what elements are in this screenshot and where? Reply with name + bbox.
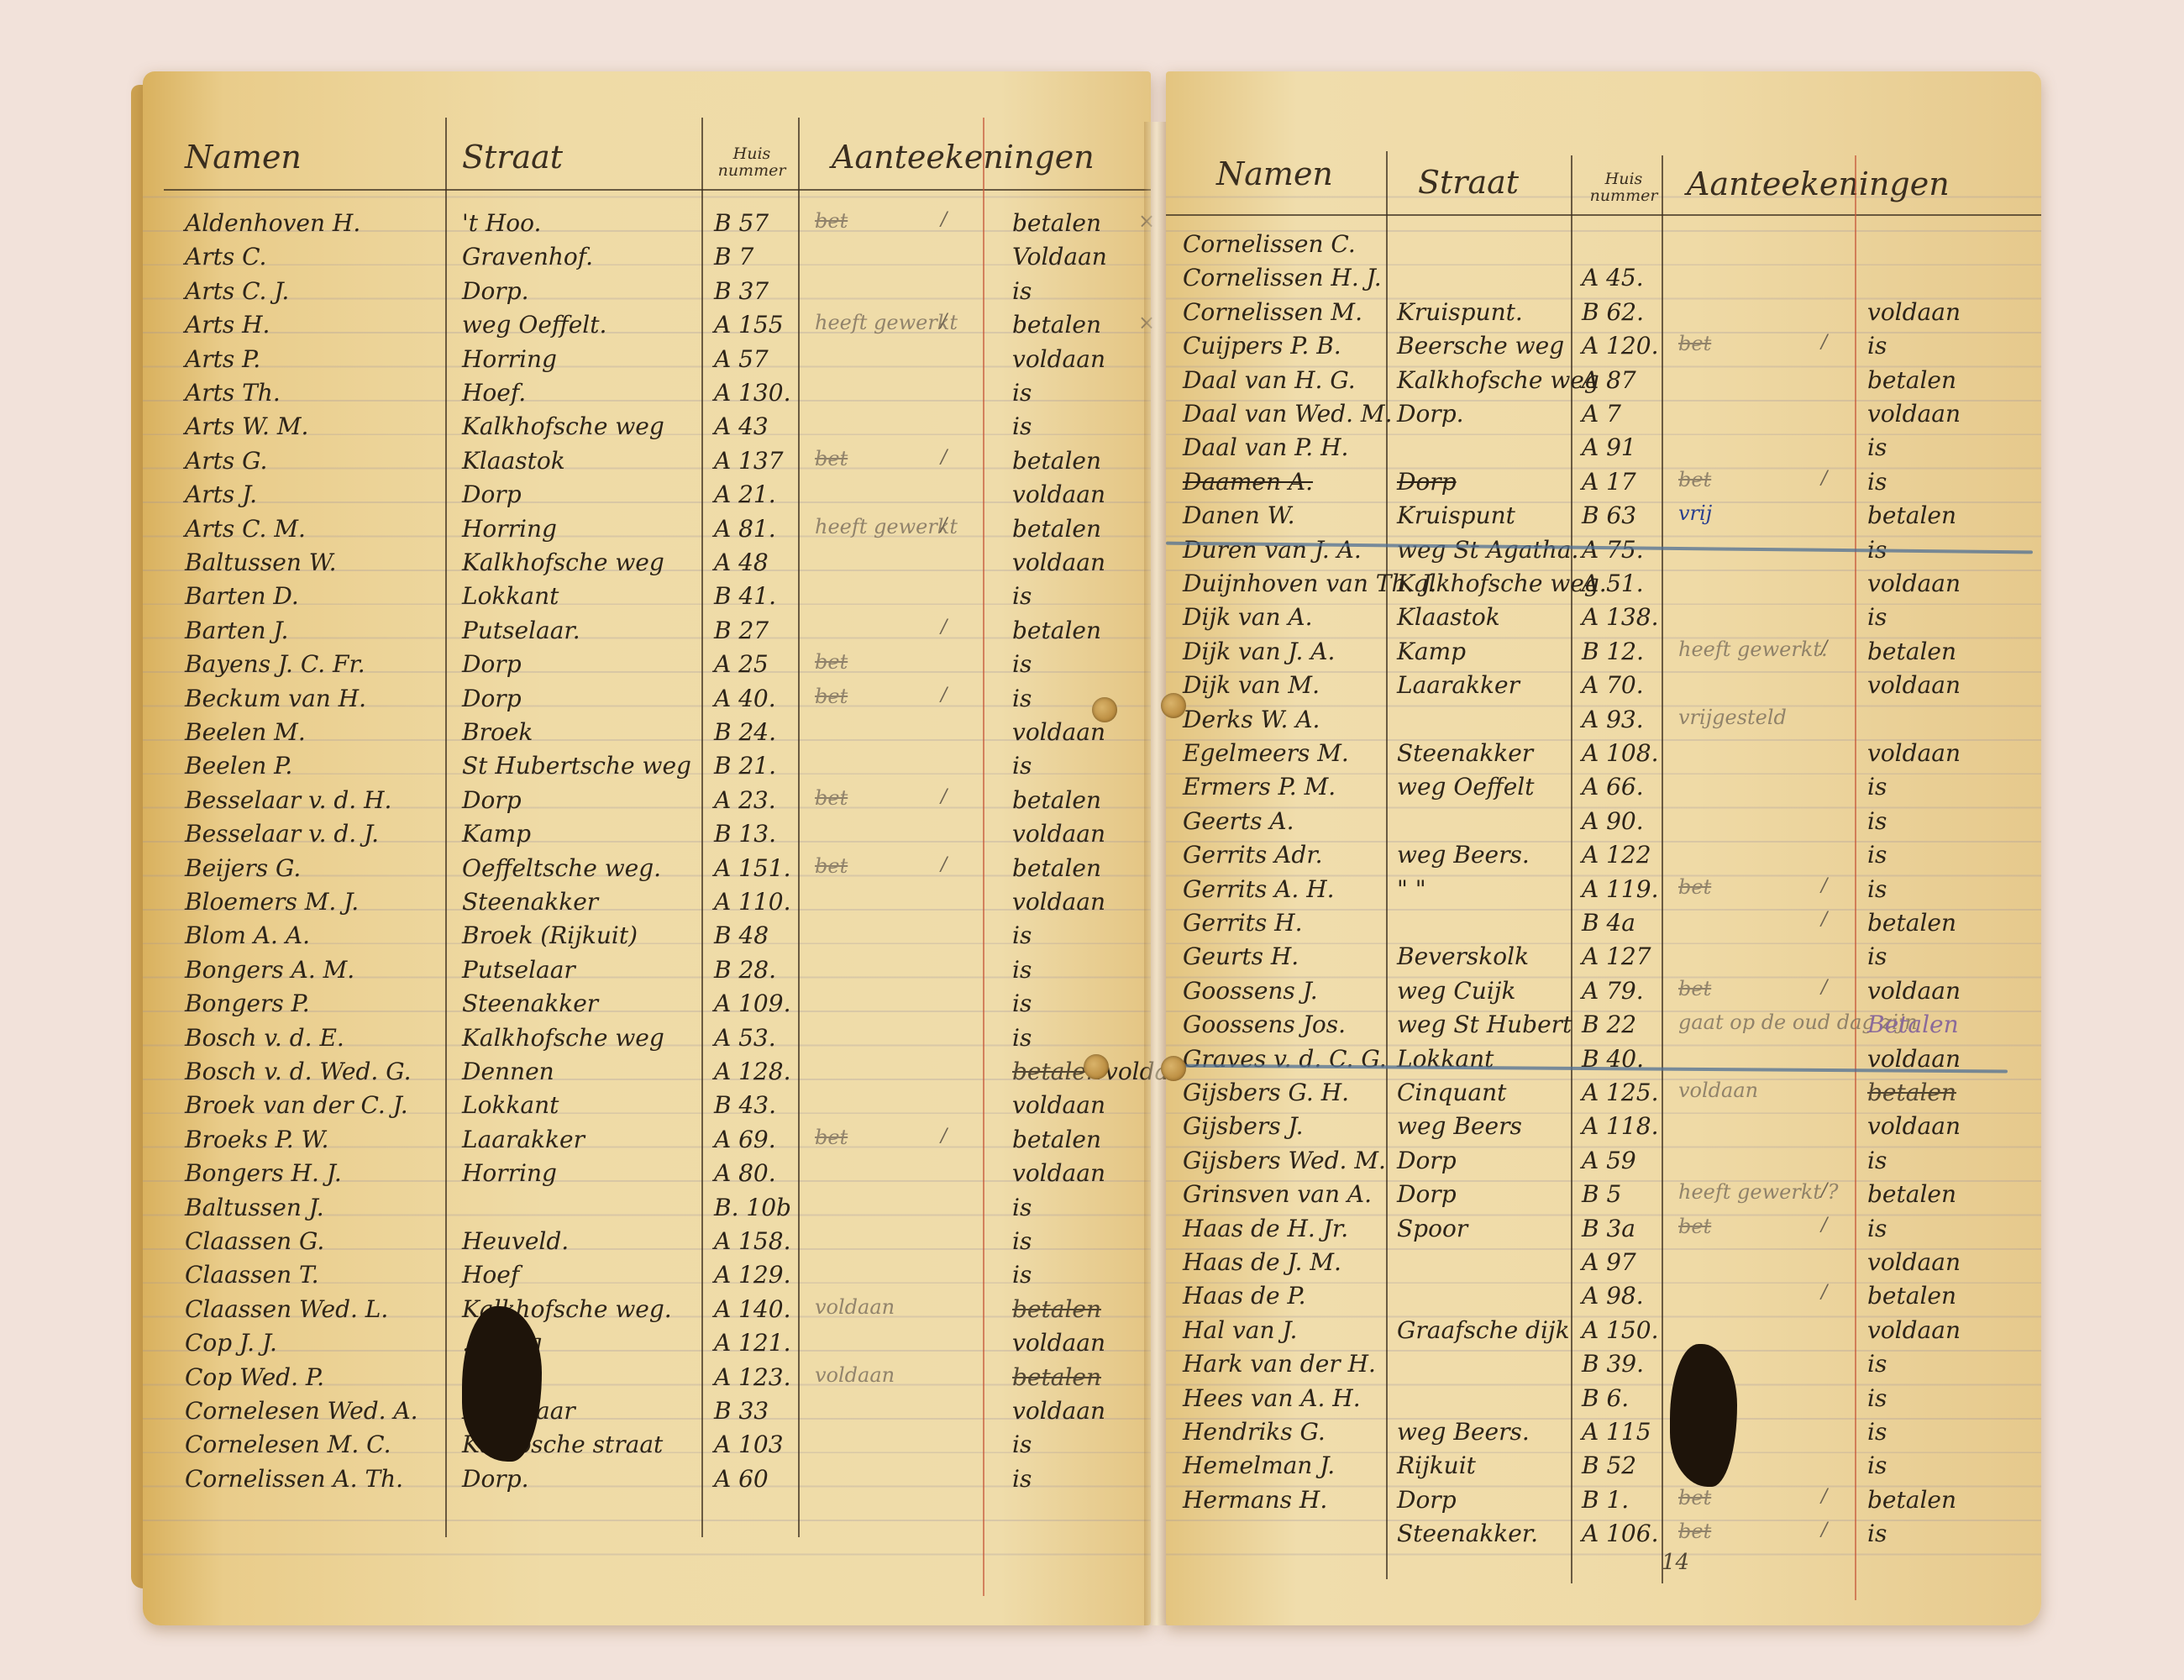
ledger-row: Daal van P. H.A 91is	[1166, 430, 2041, 464]
row-name: Arts W. M.	[185, 412, 308, 440]
row-note: bet	[815, 650, 848, 674]
header-straat: Straat	[1418, 164, 1519, 201]
row-house-number: A 110.	[714, 888, 790, 916]
ledger-row: Claassen T.HoefA 129.is	[143, 1257, 1151, 1291]
row-status: Betalen	[1867, 1011, 1959, 1038]
row-name: Cornelesen Wed. A.	[185, 1397, 418, 1425]
row-house-number: A 115	[1582, 1418, 1651, 1446]
row-note: bet	[815, 854, 848, 878]
row-street: Dorp.	[462, 1465, 529, 1493]
row-street: Rijkuit	[1397, 1452, 1476, 1479]
punch-hole	[1084, 1054, 1109, 1079]
row-status: betalen	[1867, 638, 1956, 665]
row-status: betalen	[1012, 311, 1101, 339]
row-note: bet	[1678, 1486, 1711, 1509]
row-street: weg Beers.	[1397, 841, 1530, 869]
row-status: is	[1012, 990, 1032, 1017]
row-name: Arts J.	[185, 480, 257, 508]
row-status: voldaan	[1867, 298, 1961, 326]
row-status: voldaan	[1867, 1248, 1961, 1276]
row-name: Dijk van A.	[1183, 603, 1313, 631]
row-note: bet	[1678, 1215, 1711, 1238]
row-house-number: A 25	[714, 650, 769, 678]
row-note: bet	[815, 1126, 848, 1149]
row-house-number: A 59	[1582, 1147, 1636, 1174]
header-rule	[1166, 214, 2041, 216]
row-house-number: A 151.	[714, 854, 790, 882]
row-street: Dorp	[462, 685, 522, 712]
row-status: voldaan	[1867, 1316, 1961, 1344]
row-name: Arts G.	[185, 447, 267, 475]
row-status: is	[1867, 875, 1887, 903]
ledger-row: Cornelesen Wed. A.PutselaarB 33voldaan	[143, 1394, 1151, 1427]
row-name: Hemelman J.	[1183, 1452, 1335, 1479]
row-note: bet	[815, 209, 848, 233]
row-street: weg Oeffelt	[1397, 773, 1535, 801]
row-street: Horring	[462, 345, 557, 373]
ledger-row: Daamen A.DorpA 17bet/is	[1166, 465, 2041, 498]
row-house-number: A 69.	[714, 1126, 776, 1153]
ledger-row: Arts W. M.Kalkhofsche wegA 43is	[143, 409, 1151, 443]
row-house-number: A 130.	[714, 379, 790, 407]
ledger-row: Steenakker.A 106.bet/is	[1166, 1516, 2041, 1550]
row-street: Gravenhof.	[462, 243, 593, 270]
row-street: weg Beers.	[1397, 1418, 1530, 1446]
row-name: Hermans H.	[1183, 1486, 1327, 1514]
row-street: Klaastok	[462, 447, 565, 475]
row-name: Daal van H. G.	[1183, 366, 1356, 394]
row-street: Kalkhofsche weg	[462, 412, 664, 440]
row-name: Besselaar v. d. J.	[185, 820, 379, 848]
row-name: Beckum van H.	[185, 685, 366, 712]
row-status: voldaan	[1012, 345, 1105, 373]
row-tick-mark: /	[1821, 1520, 1827, 1541]
row-tick-mark: /	[941, 685, 947, 706]
row-house-number: B 1.	[1582, 1486, 1629, 1514]
row-street: Hoef	[462, 1261, 519, 1289]
ledger-row: Cuijpers P. B.Beersche wegA 120.bet/is	[1166, 328, 2041, 362]
ledger-row: Hermans H.DorpB 1.bet/betalen	[1166, 1483, 2041, 1516]
row-house-number: A 138.	[1582, 603, 1658, 631]
row-street: Steenakker.	[1397, 1520, 1538, 1547]
row-name: Haas de P.	[1183, 1282, 1306, 1310]
row-tick-mark: /	[1821, 1486, 1827, 1507]
ledger-row: Daal van H. G.Kalkhofsche wegA 87betalen	[1166, 363, 2041, 396]
row-name: Barten D.	[185, 582, 299, 610]
header-huis: Huis	[706, 145, 798, 162]
row-status: voldaan	[1012, 820, 1105, 848]
header-namen: Namen	[185, 139, 302, 176]
ledger-row: Hemelman J.RijkuitB 52is	[1166, 1448, 2041, 1482]
row-name: Arts P.	[185, 345, 260, 373]
row-status: is	[1012, 1431, 1032, 1458]
row-name: Gijsbers J.	[1183, 1112, 1303, 1140]
row-name: Arts C.	[185, 243, 266, 270]
ledger-row: Claassen Wed. L.Kalkhofsche weg.A 140.vo…	[143, 1292, 1151, 1326]
row-name: Daal van Wed. M.	[1183, 400, 1393, 428]
row-status: is	[1867, 1350, 1887, 1378]
row-street: Oeffeltsche weg.	[462, 854, 661, 882]
row-name: Danen W.	[1183, 501, 1294, 529]
row-house-number: B 52	[1582, 1452, 1636, 1479]
row-street: St Hubertsche weg	[462, 752, 691, 780]
row-status: is	[1012, 1024, 1032, 1052]
row-note: bet	[1678, 875, 1711, 899]
row-status: is	[1867, 1147, 1887, 1174]
row-name: Dijk van J. A.	[1183, 638, 1335, 665]
row-name: Arts Th.	[185, 379, 281, 407]
punch-hole	[1092, 697, 1117, 722]
row-name: Cornelesen M. C.	[185, 1431, 391, 1458]
ledger-row: Dijk van J. A.KampB 12.heeft gewerkt./be…	[1166, 634, 2041, 668]
row-name: Geurts H.	[1183, 942, 1299, 970]
header-aanteekeningen: Aanteekeningen	[1687, 165, 1950, 202]
row-house-number: B 21.	[714, 752, 776, 780]
ledger-row: Arts G.KlaastokA 137bet/betalen	[143, 444, 1151, 477]
ledger-row: Broek van der C. J.LokkantB 43.voldaan	[143, 1088, 1151, 1121]
row-house-number: A 70.	[1582, 671, 1644, 699]
row-name: Hark van der H.	[1183, 1350, 1376, 1378]
row-house-number: B 4a	[1582, 909, 1635, 937]
row-note: bet	[815, 685, 848, 708]
ledger-row: Beelen M.BroekB 24.voldaan	[143, 715, 1151, 748]
row-house-number: A 109.	[714, 990, 790, 1017]
row-tick-mark: /	[941, 617, 947, 638]
row-street: Steenakker	[462, 990, 598, 1017]
row-house-number: A 125.	[1582, 1079, 1658, 1106]
row-status: is	[1012, 685, 1032, 712]
ledger-row: Derks W. A.A 93.vrijgesteld	[1166, 702, 2041, 736]
row-house-number: A 103	[714, 1431, 784, 1458]
row-status: is	[1867, 603, 1887, 631]
ledger-row: Grinsven van A.DorpB 5heeft gewerkt ?/be…	[1166, 1177, 2041, 1210]
row-tick-mark: /	[1821, 909, 1827, 930]
row-house-number: A 119.	[1582, 875, 1658, 903]
row-note: heeft gewerkt	[815, 311, 958, 334]
row-name: Claassen T.	[185, 1261, 318, 1289]
ledger-book: Namen Straat Huis nummer Aanteekeningen …	[143, 71, 2041, 1625]
ledger-row: Haas de P.A 98./betalen	[1166, 1278, 2041, 1312]
row-house-number: B 24.	[714, 718, 776, 746]
row-house-number: B 62.	[1582, 298, 1644, 326]
row-house-number: A 60	[714, 1465, 769, 1493]
header-nummer: nummer	[1578, 187, 1670, 204]
ledger-row: Barten D.LokkantB 41.is	[143, 579, 1151, 612]
ledger-row: Blom A. A.Broek (Rijkuit)B 48is	[143, 918, 1151, 952]
row-name: Cornelissen H. J.	[1183, 264, 1382, 291]
ledger-row: Dijk van A.KlaastokA 138.is	[1166, 600, 2041, 633]
row-street: Kruispunt.	[1397, 298, 1523, 326]
row-house-number: B 7	[714, 243, 753, 270]
row-name: Cornelissen A. Th.	[185, 1465, 403, 1493]
row-name: Hal van J.	[1183, 1316, 1297, 1344]
row-name: Cop Wed. P.	[185, 1363, 324, 1391]
ledger-row: Cornelissen A. Th.Dorp.A 60is	[143, 1462, 1151, 1495]
row-status: betalen	[1867, 1282, 1956, 1310]
row-status: betalen	[1867, 909, 1956, 937]
row-name: Cop J. J.	[185, 1329, 277, 1357]
row-status: voldaan	[1867, 1112, 1961, 1140]
row-street: Broek (Rijkuit)	[462, 921, 638, 949]
row-house-number: A 155	[714, 311, 784, 339]
row-house-number: A 53.	[714, 1024, 776, 1052]
ledger-row: Hendriks G.weg Beers.A 115is	[1166, 1415, 2041, 1448]
row-name: Arts C. J.	[185, 277, 289, 305]
ledger-row: Bayens J. C. Fr.DorpA 25betis	[143, 647, 1151, 680]
row-name: Gijsbers G. H.	[1183, 1079, 1349, 1106]
ledger-row: Geurts H.BeverskolkA 127is	[1166, 939, 2041, 973]
row-tick-mark: /	[941, 447, 947, 468]
ledger-row: Gerrits A. H." "A 119.bet/is	[1166, 872, 2041, 906]
ledger-row: Beelen P.St Hubertsche wegB 21.is	[143, 748, 1151, 782]
header-huisnummer: Huis nummer	[1578, 171, 1670, 204]
burn-hole	[462, 1306, 542, 1462]
row-house-number: A 91	[1582, 433, 1636, 461]
header-huis: Huis	[1578, 171, 1670, 187]
row-status: is	[1867, 1452, 1887, 1479]
ledger-row: Cop Wed. P.…A 123.voldaanbetalen	[143, 1360, 1151, 1394]
row-tick-mark: /	[941, 786, 947, 807]
header-aanteekeningen: Aanteekeningen	[832, 139, 1095, 176]
row-note: bet	[815, 786, 848, 810]
row-house-number: A 51.	[1582, 570, 1644, 597]
header-nummer: nummer	[706, 162, 798, 179]
row-street: Steenakker	[462, 888, 598, 916]
row-street: Kalkhofsche weg.	[1397, 570, 1607, 597]
ledger-row: Bosch v. d. Wed. G.DennenA 128.betalenvo…	[143, 1054, 1151, 1088]
row-house-number: B 5	[1582, 1180, 1621, 1208]
row-name: Claassen G.	[185, 1227, 324, 1255]
row-name: Broek van der C. J.	[185, 1091, 408, 1119]
row-status: voldaan	[1867, 977, 1961, 1005]
row-house-number: A 7	[1582, 400, 1621, 428]
row-house-number: A 21.	[714, 480, 776, 508]
ledger-row: Duijnhoven van Th. J.Kalkhofsche weg.A 5…	[1166, 566, 2041, 600]
row-house-number: B 37	[714, 277, 769, 305]
ledger-row: Haas de H. Jr.SpoorB 3abet/is	[1166, 1211, 2041, 1245]
row-house-number: B 3a	[1582, 1215, 1635, 1242]
row-name: Bosch v. d. E.	[185, 1024, 344, 1052]
row-status: Voldaan	[1012, 243, 1107, 270]
row-tick-mark: /	[941, 209, 947, 230]
row-status: betalen	[1012, 617, 1101, 644]
row-name: Gerrits H.	[1183, 909, 1303, 937]
row-note: voldaan	[815, 1295, 895, 1319]
row-street: Laarakker	[462, 1126, 585, 1153]
row-house-number: B. 10b	[714, 1194, 791, 1221]
ledger-row: Arts J.DorpA 21.voldaan	[143, 477, 1151, 511]
row-house-number: B 13.	[714, 820, 776, 848]
ledger-row: Beckum van H.DorpA 40.bet/is	[143, 681, 1151, 715]
row-status: is	[1867, 1520, 1887, 1547]
row-name: Cornelissen C.	[1183, 230, 1356, 258]
row-note: heeft gewerkt.	[1678, 638, 1828, 661]
row-house-number: B 6.	[1582, 1384, 1629, 1412]
row-note: bet	[815, 447, 848, 470]
row-house-number: A 121.	[714, 1329, 790, 1357]
row-house-number: B 41.	[714, 582, 776, 610]
row-note: bet	[1678, 332, 1711, 355]
row-street: Laarakker	[1397, 671, 1520, 699]
row-street: Dorp	[1397, 1486, 1457, 1514]
row-status: voldaan	[1012, 718, 1105, 746]
row-house-number: A 57	[714, 345, 769, 373]
row-name: Cornelissen M.	[1183, 298, 1362, 326]
row-tick-mark: /	[1821, 1215, 1827, 1236]
row-street: 't Hoo.	[462, 209, 541, 237]
ledger-row: Egelmeers M.SteenakkerA 108.voldaan	[1166, 736, 2041, 769]
ledger-row: Baltussen W.Kalkhofsche wegA 48voldaan	[143, 545, 1151, 579]
ledger-row: Hark van der H.B 39.is	[1166, 1347, 2041, 1380]
row-status: betalen	[1867, 1180, 1956, 1208]
row-status: is	[1867, 433, 1887, 461]
row-name: Derks W. A.	[1183, 706, 1320, 733]
row-house-number: B 22	[1582, 1011, 1636, 1038]
row-status: voldaan	[1012, 480, 1105, 508]
row-house-number: A 48	[714, 549, 769, 576]
row-note: bet	[1678, 1520, 1711, 1543]
row-name: Egelmeers M.	[1183, 739, 1349, 767]
row-street: Steenakker	[1397, 739, 1533, 767]
header-namen: Namen	[1216, 155, 1333, 192]
row-status: is	[1867, 841, 1887, 869]
row-house-number: A 80.	[714, 1159, 776, 1187]
row-house-number: A 98.	[1582, 1282, 1644, 1310]
row-street: Heuveld.	[462, 1227, 569, 1255]
ledger-row: Baltussen J.B. 10bis	[143, 1190, 1151, 1224]
row-tick-mark: /	[1821, 875, 1827, 896]
row-house-number: B 12.	[1582, 638, 1644, 665]
row-status-struck: betalen	[1012, 1295, 1101, 1323]
row-street: Spoor	[1397, 1215, 1467, 1242]
row-status: is	[1012, 650, 1032, 678]
punch-hole	[1161, 1056, 1186, 1081]
ledger-row: Arts C.Gravenhof.B 7Voldaan	[143, 239, 1151, 273]
row-status: betalen	[1012, 515, 1101, 543]
row-house-number: A 118.	[1582, 1112, 1658, 1140]
row-name: Barten J.	[185, 617, 288, 644]
ledger-row: Cornelissen M.Kruispunt.B 62.voldaan	[1166, 295, 2041, 328]
punch-hole	[1161, 693, 1186, 718]
row-street: Dorp	[1397, 468, 1457, 496]
row-status: betalen	[1012, 447, 1101, 475]
row-status-struck: betalen	[1012, 1363, 1101, 1391]
row-name: Hees van A. H.	[1183, 1384, 1361, 1412]
row-street: weg St Hubert	[1397, 1011, 1572, 1038]
ledger-row: Cop J. J.… wegA 121.voldaan	[143, 1326, 1151, 1359]
ledger-row: Cornelissen C.	[1166, 227, 2041, 260]
row-street: Kalkhofsche weg	[462, 1024, 664, 1052]
ledger-row: Aldenhoven H.'t Hoo.B 57bet/betalen×	[143, 206, 1151, 239]
row-name: Baltussen W.	[185, 549, 337, 576]
ledger-row: Claassen G.Heuveld.A 158.is	[143, 1224, 1151, 1257]
row-name: Bongers P.	[185, 990, 310, 1017]
row-street: Dorp.	[462, 277, 529, 305]
row-name: Bongers H. J.	[185, 1159, 342, 1187]
row-status: is	[1867, 1384, 1887, 1412]
row-street: Kalkhofsche weg	[462, 549, 664, 576]
ledger-row: Dijk van M.LaarakkerA 70.voldaan	[1166, 668, 2041, 701]
row-house-number: A 45.	[1582, 264, 1644, 291]
row-house-number: A 43	[714, 412, 769, 440]
row-name: Hendriks G.	[1183, 1418, 1326, 1446]
row-status: is	[1012, 1227, 1032, 1255]
ledger-row: Beijers G.Oeffeltsche weg.A 151.bet/beta…	[143, 851, 1151, 885]
row-street: " "	[1397, 875, 1426, 903]
row-name: Beelen M.	[185, 718, 306, 746]
row-house-number: A 87	[1582, 366, 1636, 394]
row-house-number: B 27	[714, 617, 769, 644]
row-status: is	[1012, 412, 1032, 440]
row-house-number: A 120.	[1582, 332, 1658, 360]
row-tick-mark: /	[1821, 977, 1827, 998]
row-street: Dorp	[462, 650, 522, 678]
row-street: Kamp	[462, 820, 531, 848]
row-house-number: B 43.	[714, 1091, 776, 1119]
header-huisnummer: Huis nummer	[706, 145, 798, 179]
row-status: voldaan	[1012, 888, 1105, 916]
row-name: Bosch v. d. Wed. G.	[185, 1058, 412, 1085]
ledger-row: Ermers P. M.weg OeffeltA 66.is	[1166, 769, 2041, 803]
row-street: Kamp	[1397, 638, 1466, 665]
row-status: is	[1012, 1465, 1032, 1493]
row-name: Haas de J. M.	[1183, 1248, 1341, 1276]
ledger-row: Besselaar v. d. J.KampB 13.voldaan	[143, 816, 1151, 850]
row-house-number: A 127	[1582, 942, 1651, 970]
row-street: Cinquant	[1397, 1079, 1506, 1106]
row-name: Besselaar v. d. H.	[185, 786, 391, 814]
row-name: Duren van J. A.	[1183, 536, 1362, 564]
row-name: Gerrits Adr.	[1183, 841, 1323, 869]
row-street: Dorp	[1397, 1147, 1457, 1174]
row-street: Kruispunt	[1397, 501, 1515, 529]
row-name: Grinsven van A.	[1183, 1180, 1372, 1208]
ledger-row: Goossens J.weg CuijkA 79.bet/voldaan	[1166, 974, 2041, 1007]
row-street: weg Cuijk	[1397, 977, 1515, 1005]
row-street: Klaastok	[1397, 603, 1500, 631]
row-street: Broek	[462, 718, 533, 746]
row-street: Beersche weg	[1397, 332, 1564, 360]
row-status: is	[1012, 1261, 1032, 1289]
ledger-row: Arts C. J.Dorp.B 37is	[143, 274, 1151, 307]
ledger-row: Hees van A. H.B 6.is	[1166, 1381, 2041, 1415]
ledger-row: Arts P.HorringA 57voldaan	[143, 342, 1151, 375]
row-status: betalen	[1867, 366, 1956, 394]
row-status: is	[1012, 921, 1032, 949]
row-name: Beelen P.	[185, 752, 292, 780]
row-house-number: B 33	[714, 1397, 769, 1425]
row-name: Daamen A.	[1183, 468, 1313, 496]
row-street: Dorp	[462, 786, 522, 814]
left-page: Namen Straat Huis nummer Aanteekeningen …	[143, 71, 1151, 1625]
row-status: is	[1867, 773, 1887, 801]
ledger-row: Bongers P.SteenakkerA 109.is	[143, 986, 1151, 1020]
row-name: Aldenhoven H.	[185, 209, 360, 237]
row-status: voldaan	[1012, 1091, 1105, 1119]
row-note: vrijgesteld	[1678, 706, 1787, 729]
right-page: Namen Straat Huis nummer Aanteekeningen …	[1166, 71, 2041, 1625]
row-status: is	[1012, 379, 1032, 407]
ledger-row: Bloemers M. J.SteenakkerA 110.voldaan	[143, 885, 1151, 918]
row-status: betalen	[1012, 786, 1101, 814]
row-street: Graafsche dijk	[1397, 1316, 1570, 1344]
row-house-number: A 90.	[1582, 807, 1644, 835]
row-house-number: B 63	[1582, 501, 1636, 529]
ledger-row: Arts H.weg Oeffelt.A 155heeft gewerkt/be…	[143, 307, 1151, 341]
row-status: is	[1867, 942, 1887, 970]
row-status: voldaan	[1012, 1159, 1105, 1187]
row-name: Goossens Jos.	[1183, 1011, 1346, 1038]
